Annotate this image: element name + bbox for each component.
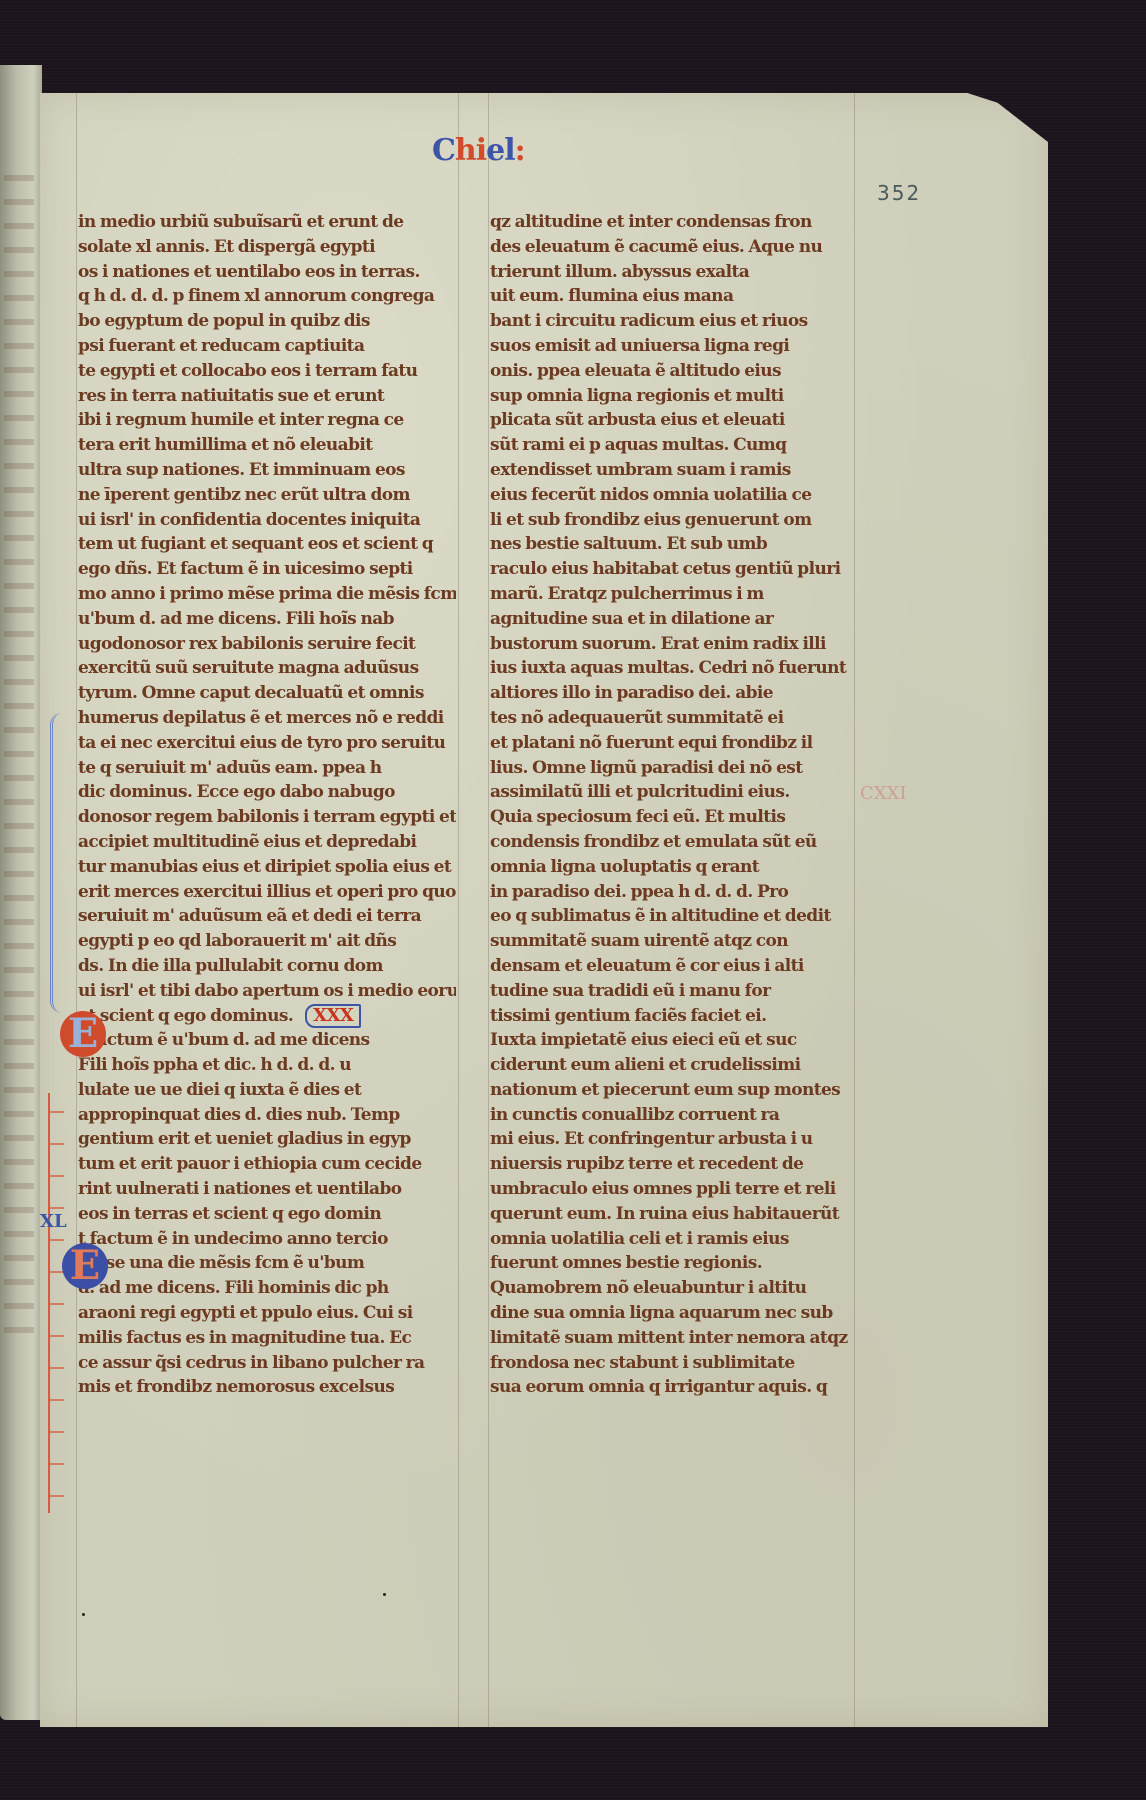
blue-penwork-flourish [50,713,73,1013]
text-line: te q seruiuit m' aduũs eam. ppea h [78,756,456,781]
text-line: ui isrl' in confidentia docentes iniquit… [78,508,456,533]
text-line: in paradiso dei. ppea h d. d. d. Pro [490,880,852,905]
text-line: milis factus es in magnitudine tua. Ec [78,1326,456,1351]
text-line: omnia uolatilia celi et i ramis eius [490,1227,852,1252]
text-line: li et sub frondibz eius genuerunt om [490,508,852,533]
text-line: umbraculo eius omnes ppli terre et reli [490,1177,852,1202]
text-line: sup omnia ligna regionis et multi [490,384,852,409]
text-line: limitatẽ suam mittent inter nemora atqz [490,1326,852,1351]
text-line: erit merces exercitui illius et operi pr… [78,880,456,905]
text-column-1: in medio urbiũ subuĩsarũ et erunt desola… [78,210,456,1400]
text-line: Iuxta impietatẽ eius eieci eũ et suc [490,1028,852,1053]
text-line: nationum et piecerunt eum sup montes [490,1078,852,1103]
title-letter: C [432,133,455,168]
text-line: uit eum. flumina eius mana [490,284,852,309]
text-line: mis et frondibz nemorosus excelsus [78,1375,456,1400]
margin-chapter-number: XL [40,1211,67,1232]
text-line: ius iuxta aquas multas. Cedri nõ fuerunt [490,656,852,681]
text-line: te egypti et collocabo eos i terram fatu [78,359,456,384]
text-line: tudine sua tradidi eũ i manu for [490,979,852,1004]
ruling-line [76,93,77,1727]
text-line: Quamobrem nõ eleuabuntur i altitu [490,1276,852,1301]
text-line: assimilatũ illi et pulcritudini eius. [490,780,852,805]
text-line: ugodonosor rex babilonis seruire fecit [78,632,456,657]
chapter-marker: XXX [305,1004,361,1028]
text-line: solate xl annis. Et dispergã egypti [78,235,456,260]
text-line: trierunt illum. abyssus exalta [490,260,852,285]
text-line: tum et erit pauor i ethiopia cum cecide [78,1152,456,1177]
text-line: densam et eleuatum ẽ cor eius i alti [490,954,852,979]
text-line: u'bum d. ad me dicens. Fili hoĩs nab [78,607,456,632]
text-line: onis. ppea eleuata ẽ altitudo eius [490,359,852,384]
text-line: dine sua omnia ligna aquarum nec sub [490,1301,852,1326]
text-line: ego dñs. Et factum ẽ in uicesimo septi [78,557,456,582]
text-line: donosor regem babilonis i terram egypti … [78,805,456,830]
text-line: lulate ue ue diei q iuxta ẽ dies et [78,1078,456,1103]
text-line: t factum ẽ u'bum d. ad me dicens [78,1028,456,1053]
text-line: altiores illo in paradiso dei. abie [490,681,852,706]
text-line: extendisset umbram suam i ramis [490,458,852,483]
text-line: nes bestie saltuum. Et sub umb [490,532,852,557]
faded-chapter-number: CXXI [860,783,907,804]
text-line: in medio urbiũ subuĩsarũ et erunt de [78,210,456,235]
text-line: agnitudine sua et in dilatione ar [490,607,852,632]
text-line: araoni regi egypti et ppulo eius. Cui si [78,1301,456,1326]
text-line: tissimi gentium faciẽs faciet ei. [490,1004,852,1029]
text-line: ibi i regnum humile et inter regna ce [78,408,456,433]
folio-number: 352 [877,181,921,205]
title-letter: hi [455,133,486,168]
ruling-line [488,93,489,1727]
text-line: ui isrl' et tibi dabo apertum os i medio… [78,979,456,1004]
text-line: omnia ligna uoluptatis q erant [490,855,852,880]
text-line: eos in terras et scient q ego domin [78,1202,456,1227]
text-line: summitatẽ suam uirentẽ atqz con [490,929,852,954]
text-line: suos emisit ad uniuersa ligna regi [490,334,852,359]
text-line: tyrum. Omne caput decaluatũ et omnis [78,681,456,706]
text-line: dic dominus. Ecce ego dabo nabugo [78,780,456,805]
red-penwork-flourish [48,1093,74,1513]
title-letter: el [486,133,514,168]
text-line: bustorum suorum. Erat enim radix illi [490,632,852,657]
text-line: mi eius. Et confringentur arbusta i u [490,1127,852,1152]
text-line: ciderunt eum alieni et crudelissimi [490,1053,852,1078]
text-line: raculo eius habitabat cetus gentiũ pluri [490,557,852,582]
text-line: egypti p eo qd laborauerit m' ait dñs [78,929,456,954]
text-line: querunt eum. In ruina eius habitauerũt [490,1202,852,1227]
text-line: niuersis rupibz terre et recedent de [490,1152,852,1177]
text-line: des eleuatum ẽ cacumẽ eius. Aque nu [490,235,852,260]
title-letter: : [515,133,525,168]
text-line: Quia speciosum feci eũ. Et multis [490,805,852,830]
text-line: eo q sublimatus ẽ in altitudine et dedit [490,904,852,929]
text-line: ce assur q̃si cedrus in libano pulcher r… [78,1351,456,1376]
text-line: ultra sup nationes. Et imminuam eos [78,458,456,483]
text-line: t factum ẽ in undecimo anno tercio [78,1227,456,1252]
text-line: condensis frondibz et emulata sũt eũ [490,830,852,855]
text-line: seruiuit m' aduũsum eã et dedi ei terra [78,904,456,929]
text-line: bant i circuitu radicum eius et riuos [490,309,852,334]
text-line: mo anno i primo mẽse prima die mẽsis fcm… [78,582,456,607]
text-line: marũ. Eratqz pulcherrimus i m [490,582,852,607]
decorated-initial-e: E [60,1011,106,1057]
text-line: fuerunt omnes bestie regionis. [490,1251,852,1276]
pricking-hole [82,1613,85,1616]
text-line: psi fuerant et reducam captiuita [78,334,456,359]
text-line: exercitũ suũ seruitute magna aduũsus [78,656,456,681]
text-line: appropinquat dies d. dies nub. Temp [78,1103,456,1128]
text-line: tera erit humillima et nõ eleuabit [78,433,456,458]
text-line: ds. In die illa pullulabit cornu dom [78,954,456,979]
previous-leaf-text-edge [4,175,34,1335]
text-line: frondosa nec stabunt i sublimitate [490,1351,852,1376]
text-line: q h d. d. d. p finem xl annorum congrega [78,284,456,309]
text-line: eius fecerũt nidos omnia uolatilia ce [490,483,852,508]
text-line: res in terra natiuitatis sue et erunt [78,384,456,409]
text-line: sua eorum omnia q irrigantur aquis. q [490,1375,852,1400]
text-line: lius. Omne lignũ paradisi dei nõ est [490,756,852,781]
text-line: rint uulnerati i nationes et uentilabo [78,1177,456,1202]
text-line: et platani nõ fuerunt equi frondibz il [490,731,852,756]
text-line: gentium erit et ueniet gladius in egyp [78,1127,456,1152]
decorated-initial-e-blue: E [62,1243,108,1289]
text-line: et scient q ego dominus.XXX [78,1004,456,1029]
text-line: ta ei nec exercitui eius de tyro pro ser… [78,731,456,756]
text-line: tur manubias eius et diripiet spolia eiu… [78,855,456,880]
text-line: sũt rami ei p aquas multas. Cumq [490,433,852,458]
text-line: qz altitudine et inter condensas fron [490,210,852,235]
text-line: tes nõ adequauerũt summitatẽ ei [490,706,852,731]
text-column-2: qz altitudine et inter condensas frondes… [490,210,852,1400]
text-line: Fili hoĩs ppha et dic. h d. d. d. u [78,1053,456,1078]
text-line: bo egyptum de popul in quibz dis [78,309,456,334]
manuscript-page: Chiel: 352 CXXI in medio urbiũ subuĩsarũ… [40,93,1048,1727]
ruling-line [458,93,459,1727]
text-line: plicata sũt arbusta eius et eleuati [490,408,852,433]
pricking-hole [383,1593,386,1596]
text-line: ne īperent gentibz nec erũt ultra dom [78,483,456,508]
running-title: Chiel: [432,133,525,168]
ruling-line [854,93,855,1727]
text-line: tem ut fugiant et sequant eos et scient … [78,532,456,557]
previous-leaf-edge [0,65,42,1720]
text-line: d. ad me dicens. Fili hominis dic ph [78,1276,456,1301]
text-line: mẽse una die mẽsis fcm ẽ u'bum [78,1251,456,1276]
text-line: in cunctis conuallibz corruent ra [490,1103,852,1128]
text-line: os i nationes et uentilabo eos in terras… [78,260,456,285]
text-line: accipiet multitudinẽ eius et depredabi [78,830,456,855]
text-line: humerus depilatus ẽ et merces nõ e reddi [78,706,456,731]
